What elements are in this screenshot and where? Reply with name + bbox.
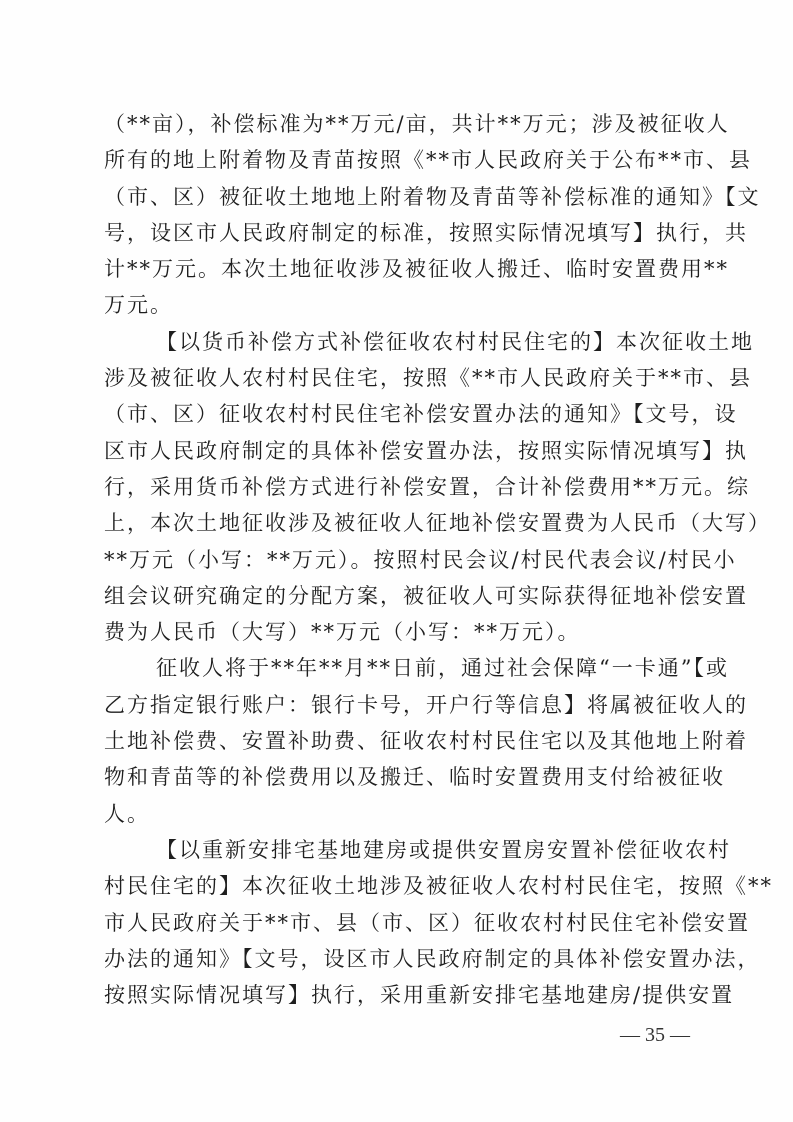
text-line: 【以重新安排宅基地建房或提供安置房安置补偿征收农村 xyxy=(104,832,694,868)
text-line: 行，采用货币补偿方式进行补偿安置，合计补偿费用**万元。综 xyxy=(104,469,694,505)
text-line: **万元（小写：**万元）。按照村民会议/村民代表会议/村民小 xyxy=(104,542,694,578)
text-line: 人。 xyxy=(104,796,694,832)
text-line: 上，本次土地征收涉及被征收人征地补偿安置费为人民币（大写） xyxy=(104,505,694,541)
text-line: 所有的地上附着物及青苗按照《**市人民政府关于公布**市、县 xyxy=(104,142,694,178)
paragraph-payment: 征收人将于**年**月**日前，通过社会保障“一卡通”【或 乙方指定银行账户：银… xyxy=(104,650,694,831)
text-line: 涉及被征收人农村村民住宅，按照《**市人民政府关于**市、县 xyxy=(104,360,694,396)
text-line: （**亩），补偿标准为**万元/亩，共计**万元；涉及被征收人 xyxy=(104,106,694,142)
paragraph-land-compensation: （**亩），补偿标准为**万元/亩，共计**万元；涉及被征收人 所有的地上附着物… xyxy=(104,106,694,324)
text-line: 办法的通知》【文号，设区市人民政府制定的具体补偿安置办法， xyxy=(104,941,694,977)
text-line: 费为人民币（大写）**万元（小写：**万元）。 xyxy=(104,614,694,650)
text-line: 组会议研究确定的分配方案，被征收人可实际获得征地补偿安置 xyxy=(104,578,694,614)
text-line: （市、区）征收农村村民住宅补偿安置办法的通知》【文号，设 xyxy=(104,396,694,432)
paragraph-monetary-compensation: 【以货币补偿方式补偿征收农村村民住宅的】本次征收土地 涉及被征收人农村村民住宅，… xyxy=(104,324,694,651)
text-line: 乙方指定银行账户：银行卡号，开户行等信息】将属被征收人的 xyxy=(104,687,694,723)
text-line: 市人民政府关于**市、县（市、区）征收农村村民住宅补偿安置 xyxy=(104,905,694,941)
text-line: （市、区）被征收土地地上附着物及青苗等补偿标准的通知》【文 xyxy=(104,179,694,215)
document-page: （**亩），补偿标准为**万元/亩，共计**万元；涉及被征收人 所有的地上附着物… xyxy=(0,0,793,1122)
text-line: 按照实际情况填写】执行，采用重新安排宅基地建房/提供安置 xyxy=(104,977,694,1013)
text-line: 土地补偿费、安置补助费、征收农村村民住宅以及其他地上附着 xyxy=(104,723,694,759)
text-line: 村民住宅的】本次征收土地涉及被征收人农村村民住宅，按照《** xyxy=(104,868,694,904)
text-line: 计**万元。本次土地征收涉及被征收人搬迁、临时安置费用** xyxy=(104,251,694,287)
document-body: （**亩），补偿标准为**万元/亩，共计**万元；涉及被征收人 所有的地上附着物… xyxy=(104,106,694,1013)
text-line: 征收人将于**年**月**日前，通过社会保障“一卡通”【或 xyxy=(104,650,694,686)
text-line: 号，设区市人民政府制定的标准，按照实际情况填写】执行，共 xyxy=(104,215,694,251)
paragraph-homestead-resettlement: 【以重新安排宅基地建房或提供安置房安置补偿征收农村 村民住宅的】本次征收土地涉及… xyxy=(104,832,694,1013)
text-line: 物和青苗等的补偿费用以及搬迁、临时安置费用支付给被征收 xyxy=(104,759,694,795)
text-line: 区市人民政府制定的具体补偿安置办法，按照实际情况填写】执 xyxy=(104,433,694,469)
text-line: 万元。 xyxy=(104,287,694,323)
text-line: 【以货币补偿方式补偿征收农村村民住宅的】本次征收土地 xyxy=(104,324,694,360)
page-number: — 35 — xyxy=(600,1024,710,1047)
